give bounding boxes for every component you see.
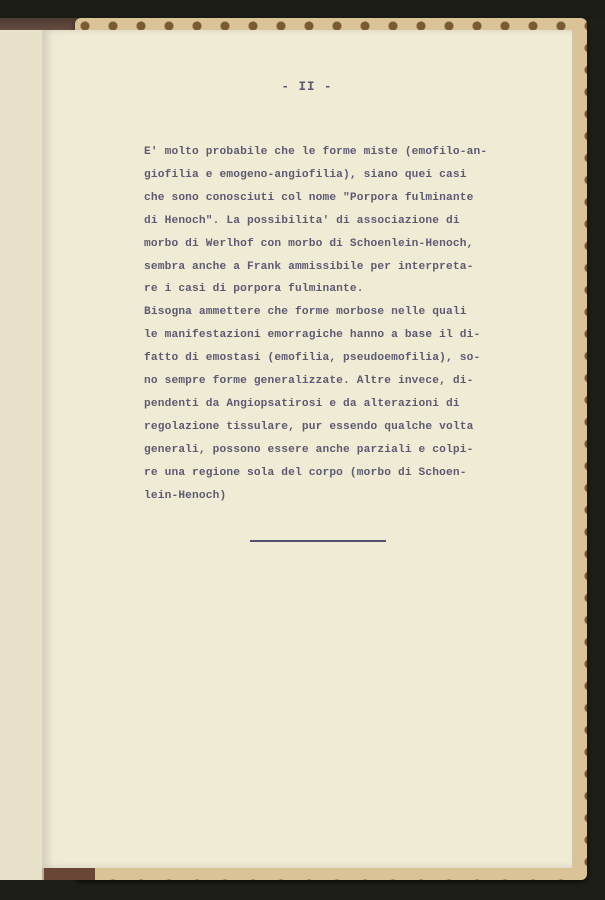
text-line: no sempre forme generalizzate. Altre inv… bbox=[144, 370, 524, 393]
text-line: re i casi di porpora fulminante. bbox=[144, 278, 524, 301]
text-line: giofilia e emogeno-angiofilia), siano qu… bbox=[144, 164, 524, 187]
text-line: sembra anche a Frank ammissibile per int… bbox=[144, 256, 524, 279]
text-line: generali, possono essere anche parziali … bbox=[144, 439, 524, 462]
text-line: re una regione sola del corpo (morbo di … bbox=[144, 462, 524, 485]
text-line: regolazione tissulare, pur essendo qualc… bbox=[144, 416, 524, 439]
text-line: le manifestazioni emorragiche hanno a ba… bbox=[144, 324, 524, 347]
text-line: fatto di emostasi (emofilia, pseudoemofi… bbox=[144, 347, 524, 370]
text-line: che sono conosciuti col nome "Porpora fu… bbox=[144, 187, 524, 210]
page-number: - II - bbox=[42, 80, 572, 94]
scan-background-top bbox=[0, 0, 605, 18]
separator-rule bbox=[250, 540, 386, 542]
typewritten-page: - II - E' molto probabile che le forme m… bbox=[42, 30, 573, 868]
text-line: Bisogna ammettere che forme morbose nell… bbox=[144, 301, 524, 324]
left-facing-page bbox=[0, 30, 44, 880]
body-text: E' molto probabile che le forme miste (e… bbox=[144, 141, 524, 508]
text-line: morbo di Werlhof con morbo di Schoenlein… bbox=[144, 233, 524, 256]
text-line: lein-Henoch) bbox=[144, 485, 524, 508]
text-line: pendenti da Angiopsatirosi e da alterazi… bbox=[144, 393, 524, 416]
text-line: E' molto probabile che le forme miste (e… bbox=[144, 141, 524, 164]
text-line: di Henoch". La possibilita' di associazi… bbox=[144, 210, 524, 233]
